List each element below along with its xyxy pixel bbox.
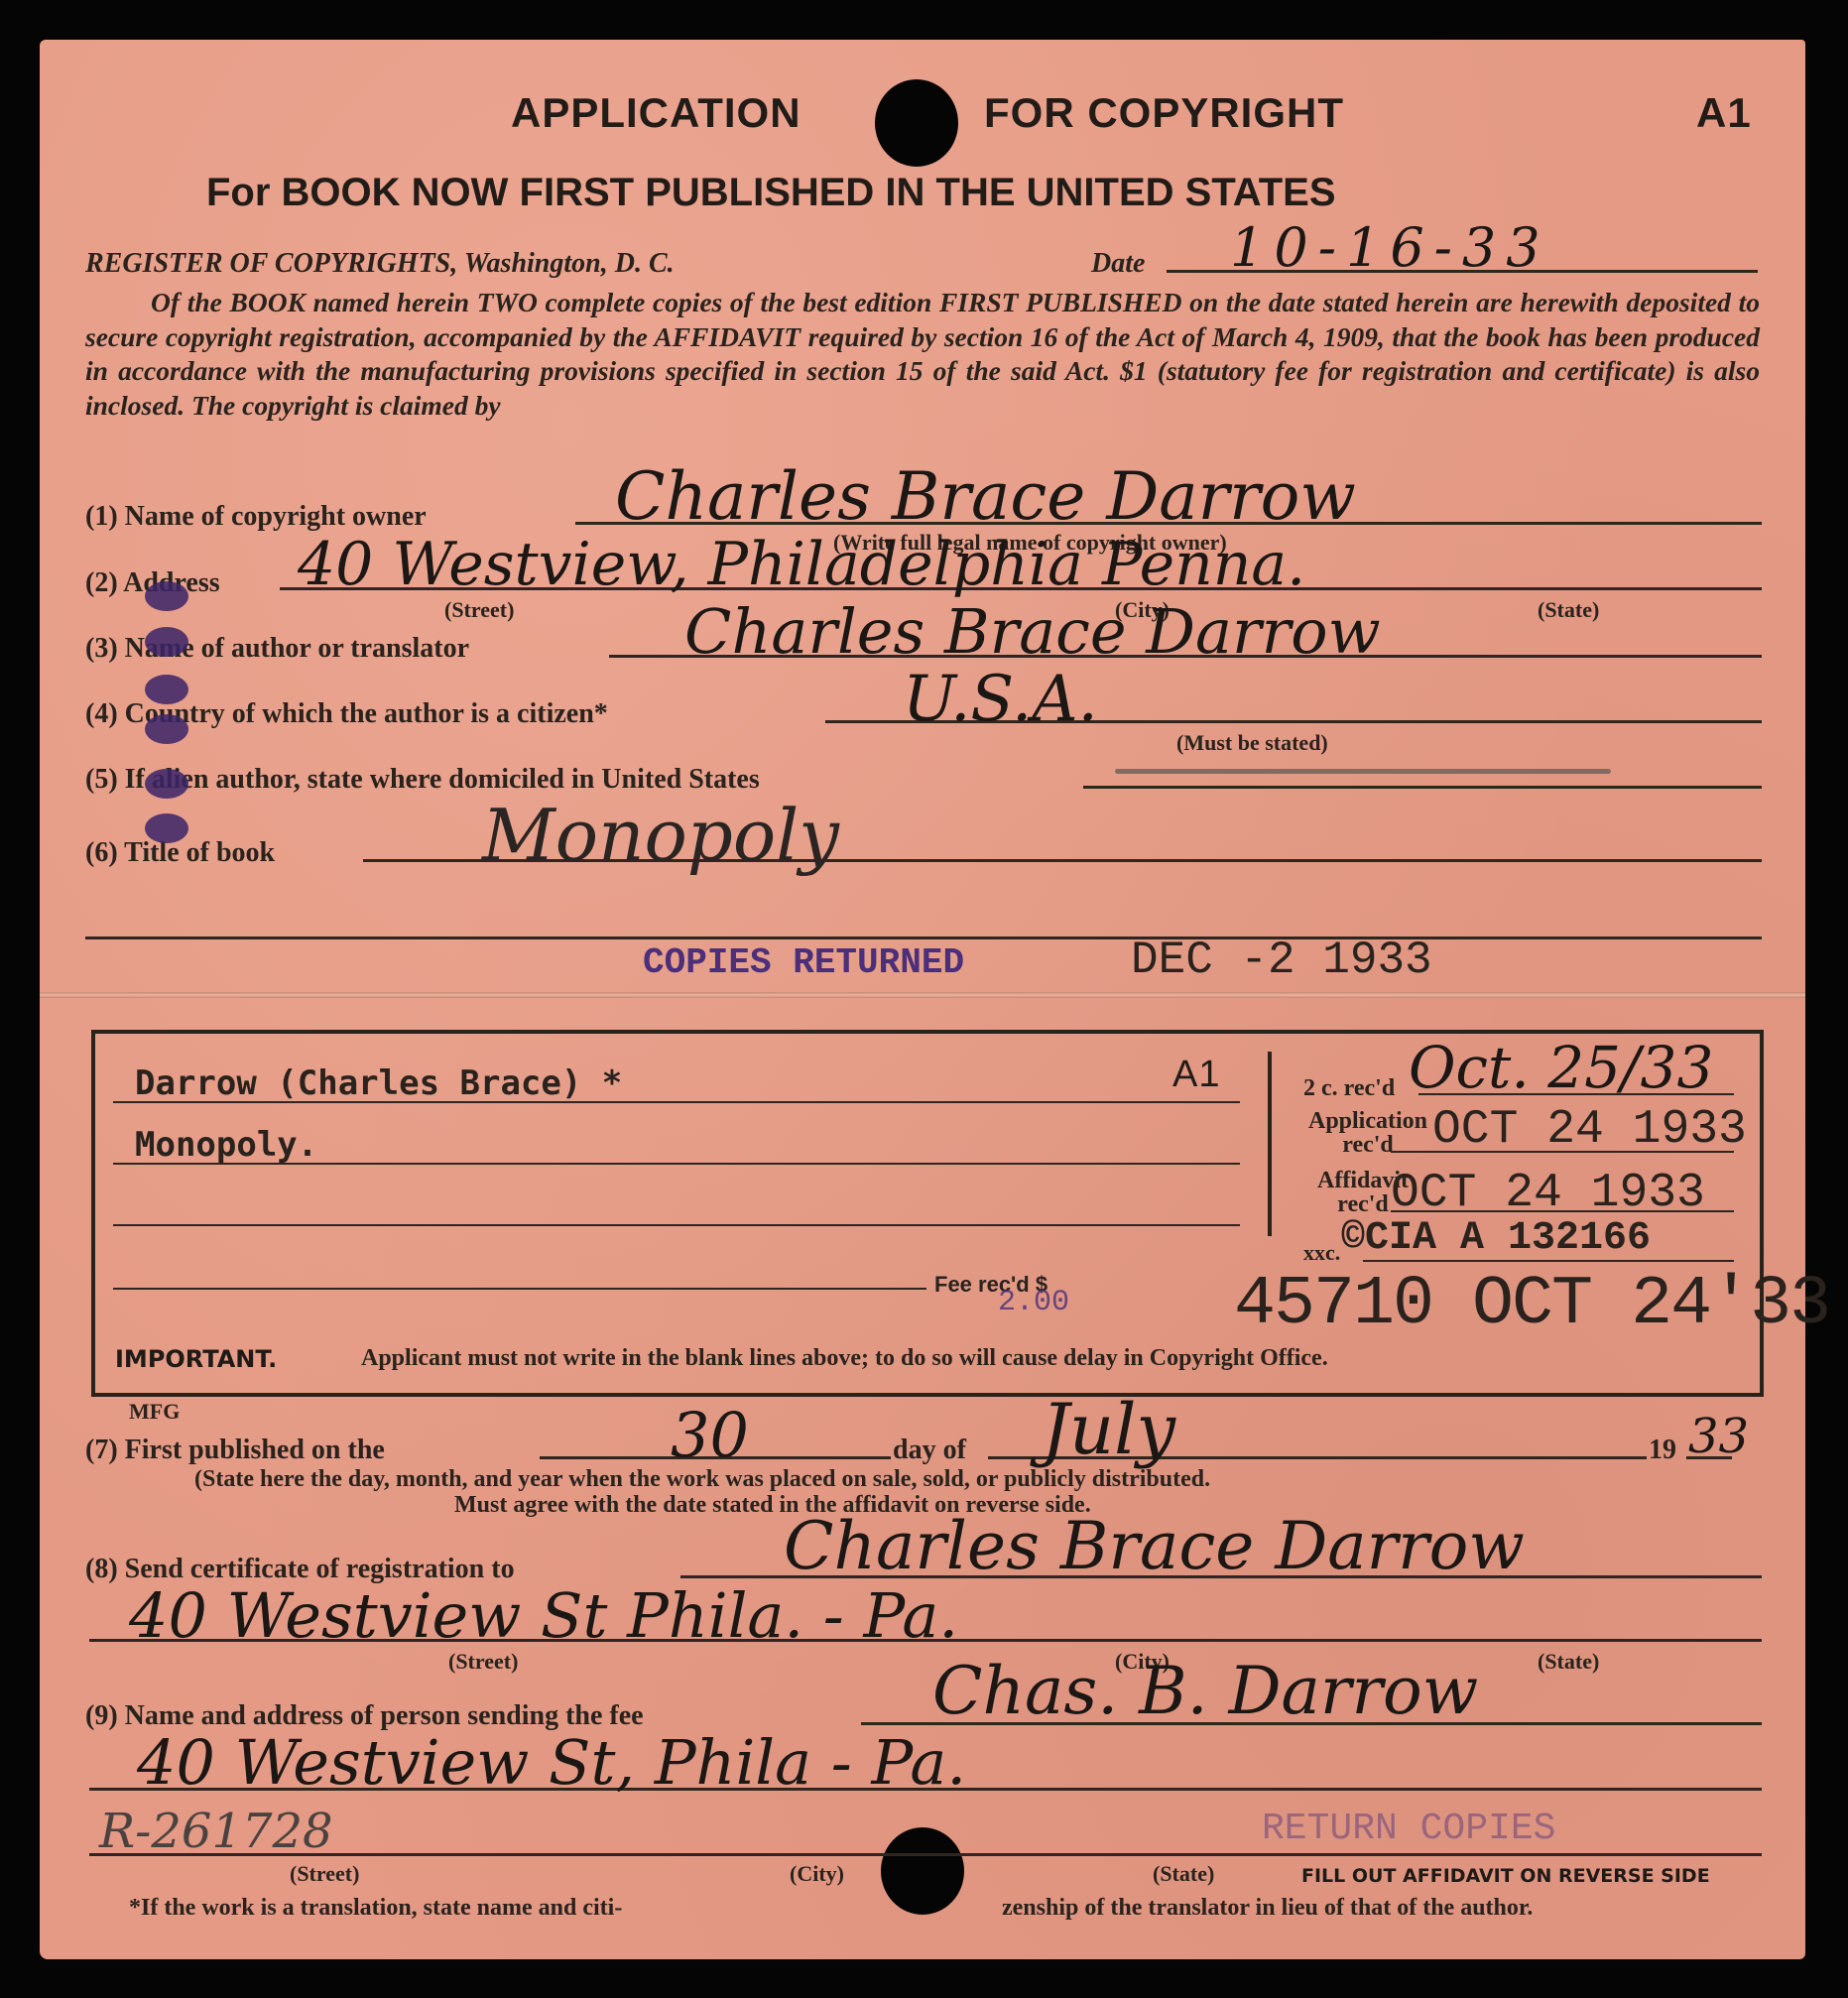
address-state-hint: (State) [1538,597,1599,623]
important-text: Applicant must not write in the blank li… [361,1345,1328,1372]
rec2c-value: Oct. 25/33 [1409,1034,1713,1101]
title-label: (6) Title of book [85,837,275,869]
office-line3-rule [113,1224,1240,1226]
author-value: Charles Brace Darrow [684,595,1381,668]
rec2c-label: 2 c. rec'd [1303,1075,1395,1102]
side-stamp-dot [145,581,188,611]
send-state-hint: (State) [1538,1649,1599,1675]
form-title-right: FOR COPYRIGHT [984,89,1344,137]
footer-state-hint: (State) [1153,1861,1214,1887]
owner-value: Charles Brace Darrow [615,458,1356,535]
important-label: IMPORTANT. [115,1345,277,1373]
send-street-hint: (Street) [448,1649,518,1675]
side-stamp-dot [145,627,188,657]
office-line1: Darrow (Charles Brace) * [135,1063,622,1103]
office-class-code: A1 [1172,1054,1220,1096]
side-stamp-dot [145,769,188,799]
fee-sender-name: Chas. B. Darrow [932,1653,1478,1729]
intro-paragraph: Of the BOOK named herein TWO complete co… [85,286,1760,423]
form-title-left: APPLICATION [511,89,801,137]
office-box-divider [1268,1052,1272,1236]
return-copies-stamp: RETURN COPIES [1262,1808,1555,1850]
side-stamp-dot [145,714,188,744]
affidavit-rec-value: OCT 24 1933 [1391,1167,1705,1220]
country-hint: (Must be stated) [1176,730,1328,756]
punch-hole-top [875,79,958,167]
date-label: Date [1091,248,1145,280]
application-rec-label: Application rec'd [1303,1109,1432,1157]
form-class-code: A1 [1696,89,1752,137]
office-line2-rule [113,1163,1240,1165]
owner-label: (1) Name of copyright owner [85,501,427,533]
day-of-label: day of [893,1435,966,1466]
application-rec-value: OCT 24 1933 [1432,1103,1747,1157]
country-value: U.S.A. [903,663,1098,736]
copies-returned-stamp: COPIES RETURNED [643,942,964,983]
published-month: July [1042,1389,1175,1470]
punch-hole-bottom [881,1827,964,1915]
address-value: 40 Westview, Philadelphia Penna. [298,530,1305,599]
card-fold [40,992,1805,998]
side-stamp-dot [145,813,188,843]
date-value: 10-16-33 [1230,216,1550,279]
send-name: Charles Brace Darrow [784,1508,1525,1584]
fill-out-affidavit-note: FILL OUT AFFIDAVIT ON REVERSE SIDE [1301,1865,1710,1887]
title-second-underline [85,937,1762,939]
alien-underline [1083,786,1762,789]
title-value: Monopoly [482,794,839,877]
side-stamp-dot [145,675,188,704]
footer-street-hint: (Street) [290,1861,359,1887]
author-label: (3) Name of author or translator [85,633,469,665]
fee-value: 2.00 [998,1286,1069,1319]
published-note1: (State here the day, month, and year whe… [194,1466,1210,1493]
office-line1-rule [113,1101,1240,1103]
serial-stamp: 45710 OCT 24'33 [1234,1266,1829,1344]
send-address: 40 Westview St Phila. - Pa. [129,1579,958,1652]
copies-returned-date: DEC -2 1933 [1131,935,1432,986]
fee-sender-address: 40 Westview St, Phila - Pa. [137,1726,966,1799]
registration-prefix: xxc. [1303,1240,1340,1266]
alien-dash-mark [1115,769,1611,774]
register-line: REGISTER OF COPYRIGHTS, Washington, D. C… [85,248,675,280]
footnote-left: *If the work is a translation, state nam… [129,1895,622,1922]
renewal-number: R-261728 [99,1804,333,1859]
published-label: (7) First published on the [85,1435,385,1466]
office-line4-rule [113,1288,926,1290]
office-line2: Monopoly. [135,1125,317,1165]
form-subtitle: For BOOK NOW FIRST PUBLISHED IN THE UNIT… [206,171,1336,215]
year-prefix: 19 [1649,1435,1676,1466]
footnote-right: zenship of the translator in lieu of tha… [1002,1895,1533,1922]
mfg-label: MFG [129,1399,180,1425]
address-street-hint: (Street) [444,597,514,623]
year-suffix: 33 [1688,1409,1749,1464]
registration-number: ©CIA A 132166 [1341,1216,1651,1261]
published-day: 30 [671,1399,749,1471]
footer-city-hint: (City) [790,1861,844,1887]
renewal-rule [89,1853,1762,1856]
